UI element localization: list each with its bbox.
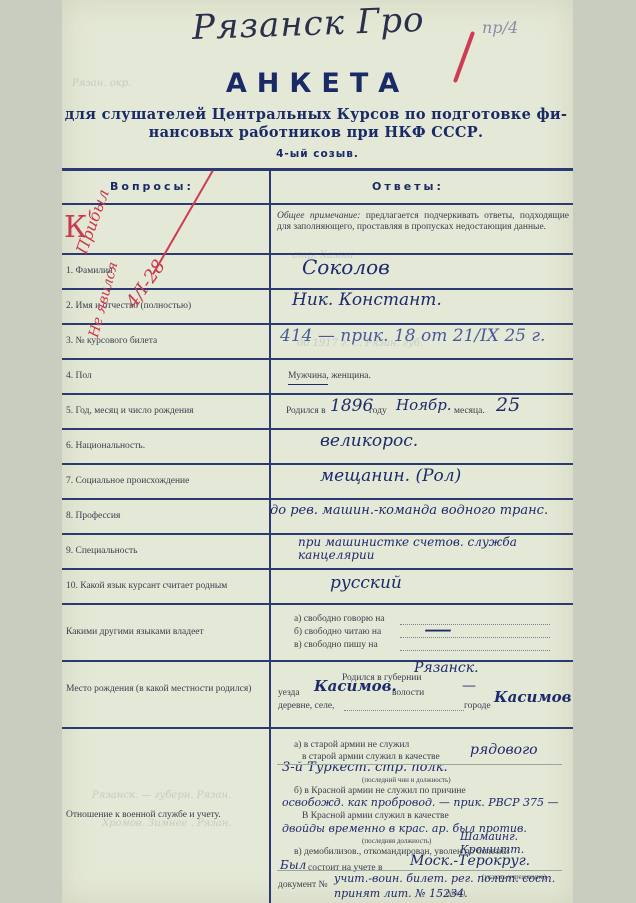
fill-line [400,637,550,638]
read-freely-label: б) свободно читаю на [294,627,381,637]
answer-birth-year: 1896 [330,396,373,416]
handwritten-faint-note: пр/4 [482,18,518,37]
fill-line [277,764,562,765]
row-rule [62,463,573,465]
answer-sex-options: Мужчина, женщина. [288,371,371,381]
answer-old-army-rank: рядового [470,742,538,758]
red-army-caption: (последняя должность) [362,837,431,845]
answers-column-header: Ответы: [372,180,444,193]
speak-freely-label: а) свободно говорю на [294,614,385,624]
question-nationality: 6. Национальность. [66,441,145,451]
general-note-label: Общее примечание: [277,211,360,221]
answer-native-language: русский [330,573,402,593]
fill-line [277,870,562,871]
convocation-label: 4-ый созыв. [62,148,573,160]
questions-column-header: Вопросы: [110,180,194,193]
document-subtitle: для слушателей Центральных Курсов по под… [62,106,573,142]
question-profession: 8. Профессия [66,511,120,521]
answer-profession: до рев. машин.-команда водного транс. [270,503,548,518]
bleed-through-text: Рязанск. — губерн. Рязан. [92,790,231,801]
fill-line [400,650,550,651]
row-rule [62,203,573,205]
red-army-not-served: б) в Красной армии не служил по причине [294,786,466,796]
document-title: АНКЕТА [62,68,573,99]
row-rule [62,498,573,500]
document-label: документ № [278,880,328,890]
question-military-service: Отношение к военной службе и учету. [66,810,221,820]
row-rule [62,323,573,325]
answer-old-army-unit: 3-й Туркест. стр. полк. [282,760,448,775]
subtitle-line-1: для слушателей Центральных Курсов по под… [62,106,573,124]
answer-city: Касимов [494,688,572,706]
city-label: городе [464,701,491,711]
table-top-rule [62,168,573,171]
question-other-languages: Какими другими языками владеет [66,627,204,637]
underline-male [288,384,328,385]
answer-nationality: великорос. [320,431,418,451]
fill-line [400,624,550,625]
old-army-caption: (последний чин и должность) [362,776,451,784]
question-birth-date: 5. Год, месяц и число рождения [66,406,194,416]
born-in-label: Родился в [286,406,326,416]
answer-social-origin: мещанин. (Рол) [320,466,461,486]
answer-uezd: Касимов. [314,677,397,695]
answer-specialty: при машинистке счетов. служба канцелярии [298,536,558,562]
question-course-ticket: 3. № курсового билета [66,336,157,346]
row-rule [62,568,573,570]
answer-course-ticket: 414 — прик. 18 от 21/IX 25 г. [280,326,545,346]
write-freely-label: в) свободно пишу на [294,640,378,650]
answer-surname: Соколов [302,255,390,279]
general-note: Общее примечание: предлагается подчеркив… [277,211,569,233]
row-rule [62,428,573,430]
red-army-served: В Красной армии служил в качестве [302,811,449,821]
question-specialty: 9. Специальность [66,546,137,556]
answer-document-line2: принят лит. № 15234. [334,887,468,900]
answer-birth-day: 25 [496,394,520,416]
answer-volost: — [462,678,476,694]
questionnaire-page: Рязан. окр. стр. Хамки до 1917 г. ... Ря… [62,0,573,903]
old-army-not-served: а) в старой армии не служил [294,740,409,750]
answer-red-army-reason: освобожд. как пробровод. — прик. РВСР 37… [282,796,558,809]
subtitle-line-2: нансовых работников при НКФ СССР. [62,124,573,142]
question-social-origin: 7. Социальное происхождение [66,476,189,486]
answer-province: Рязанск. [414,660,479,676]
row-rule [62,603,573,605]
uezd-label: уезда [278,688,300,698]
answer-birth-month: Ноябр. [396,396,452,414]
village-label: деревне, селе, [278,701,334,711]
row-rule [62,727,573,729]
answer-other-languages-dash: — [424,612,452,645]
handwritten-region-note: Рязанск Гро [191,0,425,48]
question-birthplace: Место рождения (в какой местности родилс… [66,684,261,695]
fill-line [344,710,464,711]
answer-registered-office: Моск.-Терокруг. [410,853,530,869]
row-rule [62,660,573,662]
year-label: году [369,406,387,416]
answer-name-patronymic: Ник. Констант. [292,290,442,310]
question-sex: 4. Пол [66,371,92,381]
month-label: месяца. [454,406,485,416]
question-native-language: 10. Какой язык курсант считает родным [66,581,227,591]
column-divider [269,168,271,903]
answer-document: учит.-воин. билет. рег. полит. сост. [334,872,555,885]
volost-label: волости [392,688,424,698]
row-rule [62,358,573,360]
